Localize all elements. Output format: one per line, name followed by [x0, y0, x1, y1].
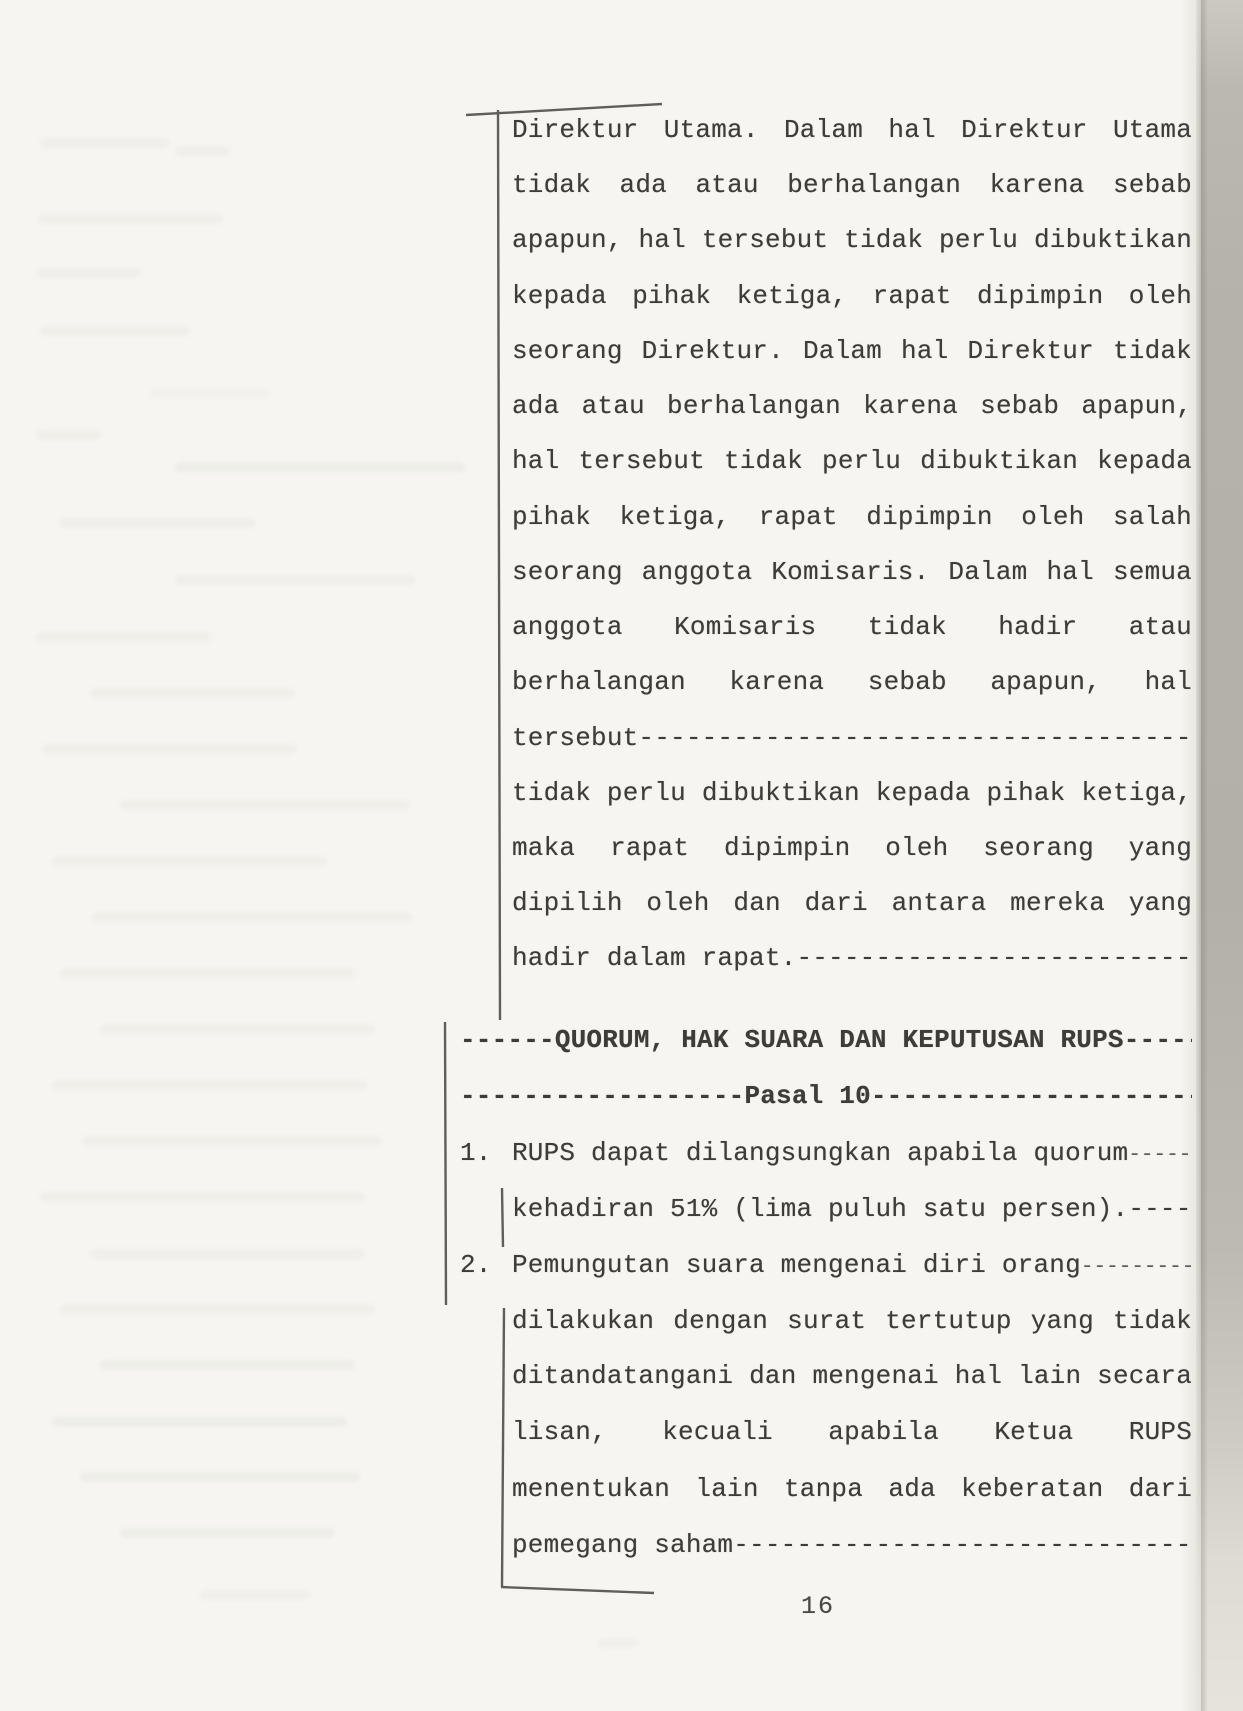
page-number: 16	[792, 1579, 844, 1634]
paper-edge-shadow	[1180, 0, 1196, 1711]
text-line: berhalangan karena sebab apapun, hal	[512, 655, 1192, 710]
line-text: maka rapat dipimpin oleh seorang yang	[512, 821, 1192, 876]
line-text: seorang anggota Komisaris. Dalam hal sem…	[512, 545, 1192, 600]
line-text: apapun, hal tersebut tidak perlu dibukti…	[512, 213, 1192, 268]
dash-fill: ----------------------------------------…	[796, 931, 1192, 986]
line-text: ada atau berhalangan karena sebab apapun…	[512, 379, 1192, 434]
text-line: seorang Direktur. Dalam hal Direktur tid…	[512, 324, 1192, 379]
line-text: kepada pihak ketiga, rapat dipimpin oleh	[512, 269, 1192, 324]
list-number: 2.	[460, 1238, 492, 1293]
line-text: ------QUORUM, HAK SUARA DAN KEPUTUSAN RU…	[460, 1013, 1124, 1068]
text-line: hadir dalam rapat. ---------------------…	[512, 931, 1192, 986]
text-line: lisan, kecuali apabila Ketua RUPS	[512, 1405, 1192, 1460]
text-line: tersebut -------------------------------…	[512, 711, 1192, 766]
text-line: 1. RUPS dapat dilangsungkan apabila quor…	[512, 1126, 1192, 1181]
text-line: kehadiran 51% (lima puluh satu persen). …	[512, 1182, 1192, 1237]
line-text: Pemungutan suara mengenai diri orang	[512, 1238, 1081, 1293]
dash-fill: ----------------------------------------…	[638, 711, 1192, 766]
margin-rule-item1	[502, 1188, 503, 1247]
text-line: pihak ketiga, rapat dipimpin oleh salah	[512, 490, 1192, 545]
line-text: Direktur Utama. Dalam hal Direktur Utama	[512, 103, 1192, 158]
line-text: dipilih oleh dan dari antara mereka yang	[512, 876, 1192, 931]
line-text: hal tersebut tidak perlu dibuktikan kepa…	[512, 434, 1192, 489]
text-line: anggota Komisaris tidak hadir atau	[512, 600, 1192, 655]
line-text: berhalangan karena sebab apapun, hal	[512, 655, 1192, 710]
margin-rule-main	[498, 110, 500, 1020]
text-line: maka rapat dipimpin oleh seorang yang	[512, 821, 1192, 876]
line-text: tidak ada atau berhalangan karena sebab	[512, 158, 1192, 213]
line-text: seorang Direktur. Dalam hal Direktur tid…	[512, 324, 1192, 379]
text-line: dipilih oleh dan dari antara mereka yang	[512, 876, 1192, 931]
line-text: tidak perlu dibuktikan kepada pihak keti…	[512, 766, 1192, 821]
list-number: 1.	[460, 1126, 492, 1181]
line-text: lisan, kecuali apabila Ketua RUPS	[512, 1405, 1192, 1460]
line-text: hadir dalam rapat.	[512, 931, 796, 986]
text-line: ada atau berhalangan karena sebab apapun…	[512, 379, 1192, 434]
line-text: ------------------Pasal 10	[460, 1069, 871, 1124]
line-text: pemegang saham	[512, 1518, 733, 1573]
line-text: ditandatangani dan mengenai hal lain sec…	[512, 1349, 1192, 1404]
line-text: anggota Komisaris tidak hadir atau	[512, 600, 1192, 655]
dash-fill: ----------------------------------------…	[871, 1069, 1192, 1124]
margin-rule-heading	[445, 1022, 446, 1305]
line-text: RUPS dapat dilangsungkan apabila quorum	[512, 1126, 1128, 1181]
margin-rule-item2	[502, 1308, 504, 1587]
text-line: hal tersebut tidak perlu dibuktikan kepa…	[512, 434, 1192, 489]
text-line: Direktur Utama. Dalam hal Direktur Utama	[512, 103, 1192, 158]
text-line: menentukan lain tanpa ada keberatan dari	[512, 1462, 1192, 1517]
text-line: dilakukan dengan surat tertutup yang tid…	[512, 1294, 1192, 1349]
text-line: pemegang saham -------------------------…	[512, 1518, 1192, 1573]
text-line: ditandatangani dan mengenai hal lain sec…	[512, 1349, 1192, 1404]
text-line: tidak ada atau berhalangan karena sebab	[512, 158, 1192, 213]
text-line: seorang anggota Komisaris. Dalam hal sem…	[512, 545, 1192, 600]
margin-rule-bottom-bracket	[501, 1587, 654, 1593]
scan-edge-band	[1196, 0, 1243, 1711]
dash-fill: ----------------------------------------…	[1081, 1240, 1192, 1295]
line-text: dilakukan dengan surat tertutup yang tid…	[512, 1294, 1192, 1349]
dash-fill: ----------------------------------------…	[733, 1518, 1192, 1573]
text-line: ------------------Pasal 10 -------------…	[460, 1069, 1192, 1124]
text-line: 2. Pemungutan suara mengenai diri orang …	[512, 1238, 1192, 1293]
text-line: apapun, hal tersebut tidak perlu dibukti…	[512, 213, 1192, 268]
text-line: kepada pihak ketiga, rapat dipimpin oleh	[512, 269, 1192, 324]
line-text: menentukan lain tanpa ada keberatan dari	[512, 1462, 1192, 1517]
line-text: tersebut	[512, 711, 638, 766]
text-line: tidak perlu dibuktikan kepada pihak keti…	[512, 766, 1192, 821]
scanned-deed-page: Direktur Utama. Dalam hal Direktur Utama…	[0, 0, 1243, 1711]
line-text: pihak ketiga, rapat dipimpin oleh salah	[512, 490, 1192, 545]
line-text: kehadiran 51% (lima puluh satu persen).	[512, 1182, 1128, 1237]
text-line: ------QUORUM, HAK SUARA DAN KEPUTUSAN RU…	[460, 1013, 1192, 1068]
